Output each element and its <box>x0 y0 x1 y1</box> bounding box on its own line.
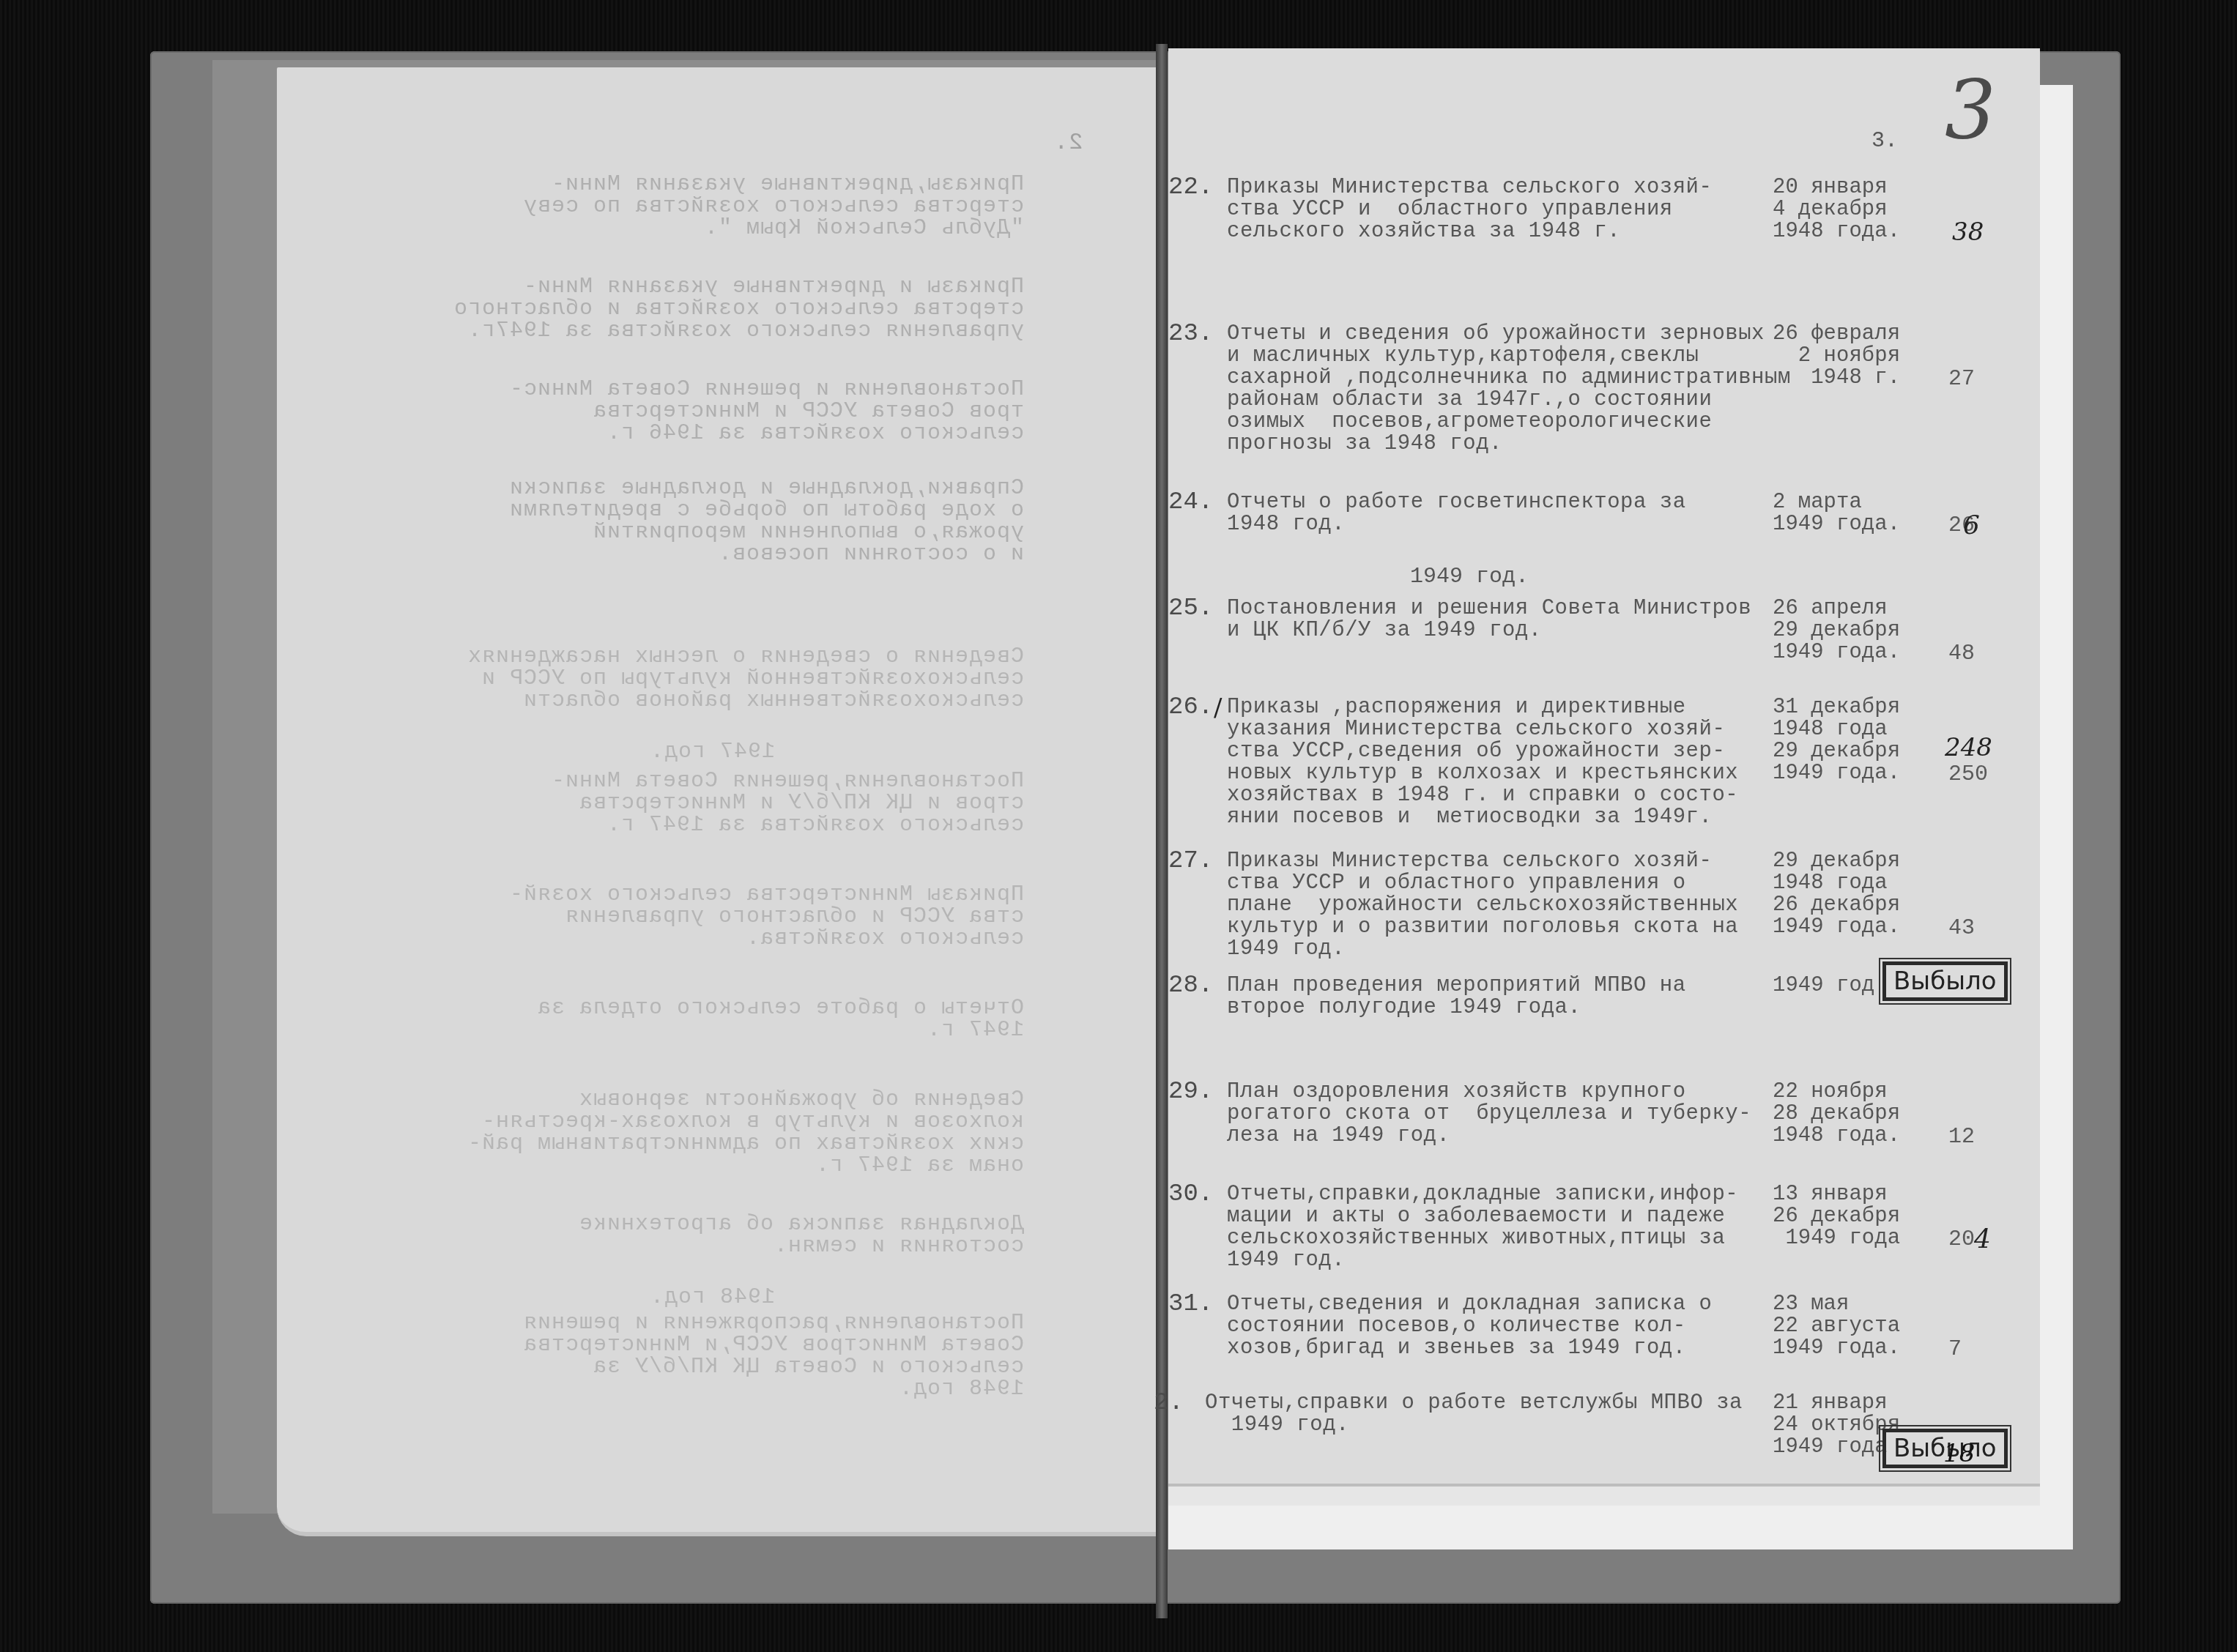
ghost-block: 1948 год. <box>650 1287 775 1309</box>
left-page: 2. Приказы,директивные указания Мини- ст… <box>277 67 1156 1536</box>
item-dates: 1949 год <box>1773 975 1874 997</box>
item-title: Отчеты о работе госветинспектора за 1948… <box>1227 491 1686 535</box>
ghost-block: Приказы и директивные указания Мини- сте… <box>453 276 1024 342</box>
ghost-block: Приказы,директивные указания Мини- стерс… <box>523 174 1024 239</box>
item-sheet-count: 27 <box>1948 367 1975 392</box>
item-sheet-count: 12 <box>1948 1125 1975 1150</box>
item-title: Приказы Министерства сельского хозяй- ст… <box>1227 176 1712 242</box>
ghost-block: Постановления,решения Совета Мини- стров… <box>551 770 1024 836</box>
item-sheet-count: 48 <box>1948 641 1975 666</box>
right-page: 3. 3 22.Приказы Министерства сельского х… <box>1168 48 2040 1487</box>
item-number: 22. <box>1168 174 1213 201</box>
item-number: 30. <box>1168 1180 1213 1208</box>
item-title: Приказы Министерства сельского хозяй- ст… <box>1227 850 1738 960</box>
ghost-block: Постановления и решения Совета Минис- тр… <box>509 379 1024 444</box>
item-sheet-count: 7 <box>1948 1337 1962 1362</box>
book-spine <box>1156 44 1168 1618</box>
item-number: 31. <box>1168 1290 1213 1318</box>
show-through-text: 2. Приказы,директивные указания Мини- ст… <box>277 67 1156 1532</box>
item-sheet-count: 43 <box>1948 916 1975 941</box>
item-sheet-count: 250 <box>1948 762 1988 787</box>
item-number: 25. <box>1168 595 1213 622</box>
item-dates: 29 декабря 1948 года 26 декабря 1949 год… <box>1773 850 1900 938</box>
item-title: План оздоровления хозяйств крупного рога… <box>1227 1081 1751 1147</box>
ghost-block: Докладная записка об агротехнике состоян… <box>579 1213 1024 1257</box>
item-title: План проведения мероприятий МПВО на втор… <box>1227 975 1686 1019</box>
ghost-block: Справки,докладные и докладные записки о … <box>509 477 1024 565</box>
handwritten-sheet-count: 4 <box>1974 1224 1991 1254</box>
section-heading: 1949 год. <box>1410 565 1529 589</box>
ghost-block: Приказы Министерства сельского хозяй- ст… <box>509 884 1024 950</box>
item-title: Отчеты,сведения и докладная записка о со… <box>1227 1293 1712 1359</box>
handwritten-sheet-count: 18 <box>1943 1439 1975 1468</box>
check-mark: / <box>1214 693 1222 723</box>
item-number: 27. <box>1168 847 1213 875</box>
item-dates: 23 мая 22 августа 1949 года. <box>1773 1293 1900 1359</box>
ghost-block: Сведения об урожайности зерновых колхозо… <box>467 1089 1024 1177</box>
item-dates: 31 декабря 1948 года 29 декабря 1949 год… <box>1773 696 1900 784</box>
item-dates: 13 января 26 декабря 1949 года <box>1773 1183 1900 1249</box>
item-number: 26. <box>1168 693 1213 721</box>
handwritten-sheet-number: 3 <box>1945 63 1996 157</box>
item-dates: 2 марта 1949 года. <box>1773 491 1900 535</box>
typed-page-number: 3. <box>1871 129 1898 154</box>
handwritten-sheet-count: 6 <box>1963 510 1980 540</box>
item-number: 29. <box>1168 1078 1213 1106</box>
item-title: Постановления и решения Совета Министров… <box>1227 598 1751 641</box>
item-dates: 20 января 4 декабря 1948 года. <box>1773 176 1900 242</box>
item-number: 24. <box>1168 488 1213 516</box>
item-dates: 22 ноября 28 декабря 1948 года. <box>1773 1081 1900 1147</box>
item-number: 28. <box>1168 972 1213 1000</box>
item-dates: 26 апреля 29 декабря 1949 года. <box>1773 598 1900 663</box>
item-number: 2. <box>1154 1389 1184 1417</box>
item-title: Отчеты,справки,докладные записки,инфор- … <box>1227 1183 1738 1271</box>
handwritten-sheet-count: 248 <box>1945 733 1992 762</box>
handwritten-sheet-count: 38 <box>1952 217 1984 247</box>
item-dates: 21 января 24 октября 1949 года <box>1773 1392 1900 1458</box>
item-title: Отчеты и сведения об урожайности зерновы… <box>1227 323 1791 455</box>
ghost-page-number: 2. <box>1053 132 1083 154</box>
ghost-block: Постановления,распоряжения и решения Сов… <box>523 1312 1024 1400</box>
item-dates: 26 февраля 2 ноября 1948 г. <box>1773 323 1900 389</box>
item-title: Приказы ,распоряжения и директивные указ… <box>1227 696 1738 828</box>
item-sheet-count: 20 <box>1948 1227 1975 1252</box>
ghost-block: Сведения о сведения о лесных насаждениях… <box>467 646 1024 712</box>
ghost-block: Отчеты о работе сельского отдела за 1947… <box>537 997 1024 1041</box>
ghost-block: 1947 год. <box>650 741 775 763</box>
item-number: 23. <box>1168 320 1213 348</box>
withdrawn-stamp: Выбыло <box>1882 961 2008 1001</box>
item-title: Отчеты,справки о работе ветслужбы МПВО з… <box>1205 1392 1743 1436</box>
